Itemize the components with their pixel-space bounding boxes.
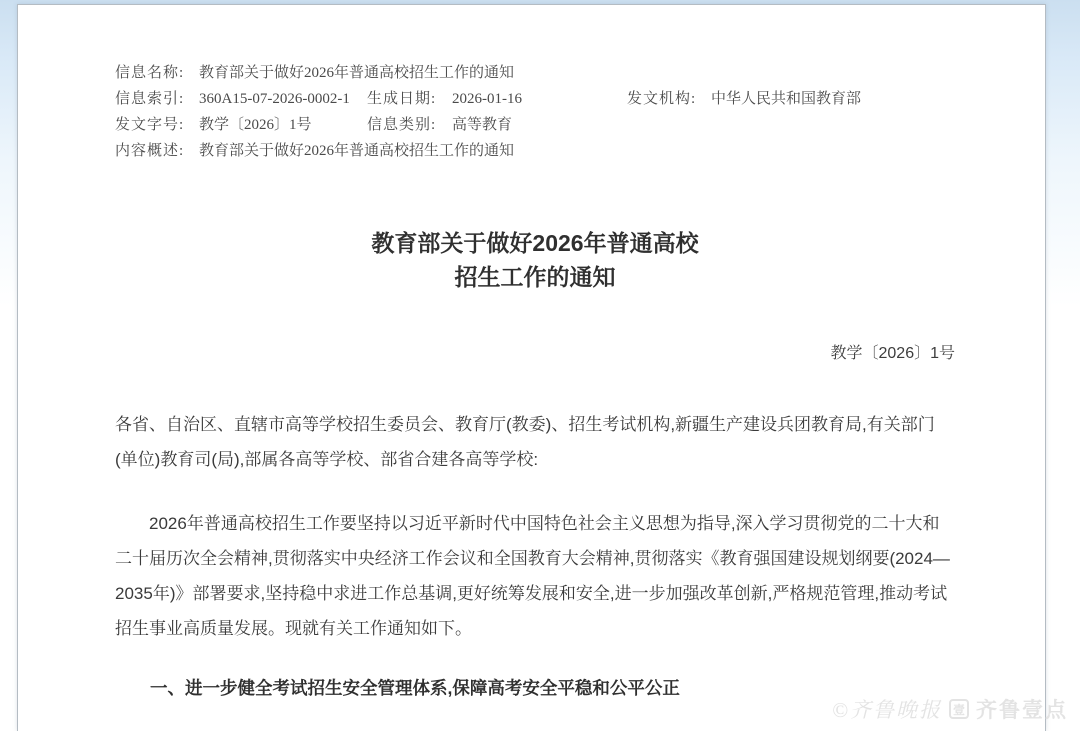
meta-name-value: 教育部关于做好2026年普通高校招生工作的通知 (199, 60, 955, 86)
document-page: 信息名称: 教育部关于做好2026年普通高校招生工作的通知 信息索引: 360A… (17, 4, 1046, 731)
meta-category-label: 信息类别: (367, 112, 452, 138)
meta-row-summary: 内容概述: 教育部关于做好2026年普通高校招生工作的通知 (115, 138, 955, 164)
meta-agency-value: 中华人民共和国教育部 (711, 86, 955, 112)
meta-date-value: 2026-01-16 (452, 86, 627, 112)
metadata-block: 信息名称: 教育部关于做好2026年普通高校招生工作的通知 信息索引: 360A… (115, 60, 955, 164)
watermark: ©齐鲁晚报 壹 齐鲁壹点 (832, 694, 1068, 724)
document-number: 教学〔2026〕1号 (115, 340, 955, 363)
document-title-line1: 教育部关于做好2026年普通高校 (115, 226, 955, 260)
meta-name-label: 信息名称: (115, 60, 199, 86)
meta-summary-label: 内容概述: (115, 138, 199, 164)
meta-summary-value: 教育部关于做好2026年普通高校招生工作的通知 (199, 138, 955, 164)
meta-docno-label: 发文字号: (115, 112, 199, 138)
qilu-yidian-logo-icon: 壹 (949, 699, 969, 719)
meta-row-index-date-agency: 信息索引: 360A15-07-2026-0002-1 生成日期: 2026-0… (115, 86, 955, 112)
meta-index-value: 360A15-07-2026-0002-1 (199, 86, 367, 112)
meta-date-label: 生成日期: (367, 86, 452, 112)
section-1-heading: 一、进一步健全考试招生安全管理体系,保障高考安全平稳和公平公正 (115, 673, 955, 703)
qilu-yidian-watermark-text: 齐鲁壹点 (976, 694, 1068, 724)
meta-agency-label: 发文机构: (627, 86, 711, 112)
salutation-paragraph: 各省、自治区、直辖市高等学校招生委员会、教育厅(教委)、招生考试机构,新疆生产建… (115, 407, 955, 477)
body-paragraph-1: 2026年普通高校招生工作要坚持以习近平新时代中国特色社会主义思想为指导,深入学… (115, 506, 955, 646)
meta-row-name: 信息名称: 教育部关于做好2026年普通高校招生工作的通知 (115, 60, 955, 86)
document-content: 信息名称: 教育部关于做好2026年普通高校招生工作的通知 信息索引: 360A… (18, 5, 1045, 703)
meta-docno-value: 教学〔2026〕1号 (199, 112, 367, 138)
meta-row-docno-category: 发文字号: 教学〔2026〕1号 信息类别: 高等教育 (115, 112, 955, 138)
document-title: 教育部关于做好2026年普通高校 招生工作的通知 (115, 226, 955, 294)
document-title-line2: 招生工作的通知 (115, 260, 955, 294)
meta-category-value: 高等教育 (452, 112, 955, 138)
meta-index-label: 信息索引: (115, 86, 199, 112)
qilu-evening-news-watermark-text: ©齐鲁晚报 (832, 694, 942, 724)
